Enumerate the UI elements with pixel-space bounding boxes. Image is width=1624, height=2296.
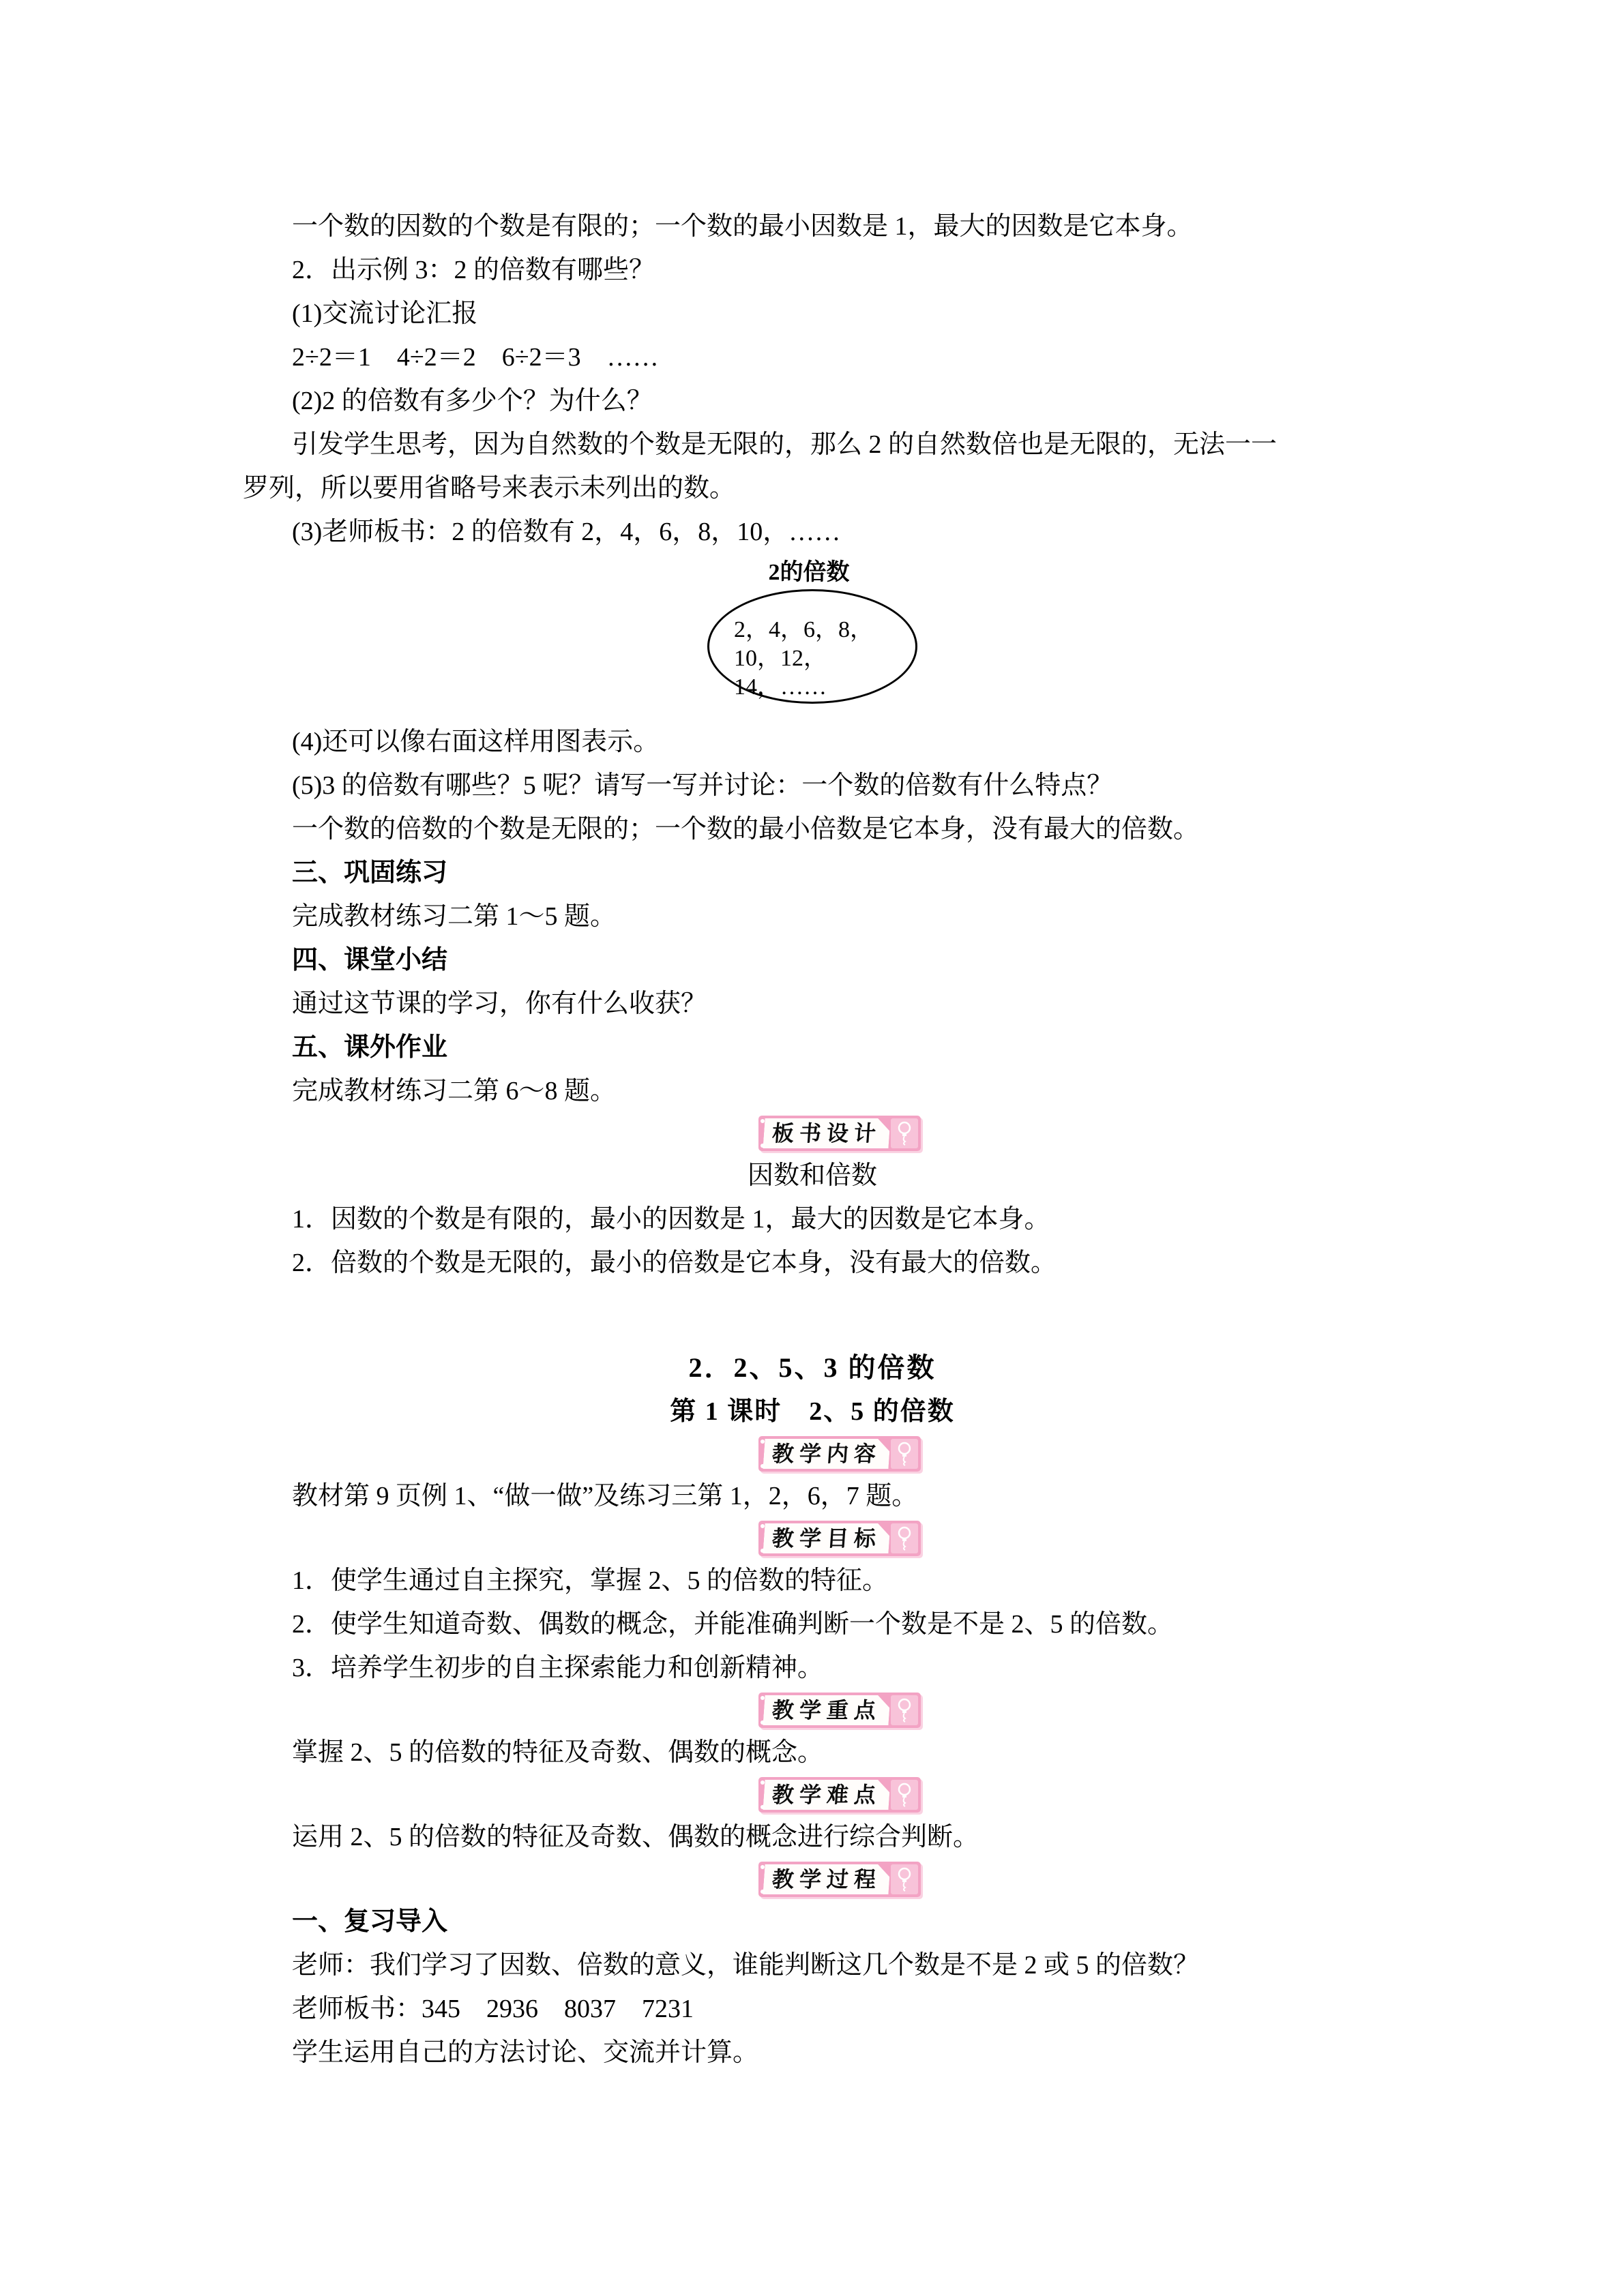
teaching-goals-badge-row: 教学目标 bbox=[270, 1521, 1409, 1556]
lesson2-students-para: 学生运用自己的方法讨论、交流并计算。 bbox=[243, 2031, 1382, 2074]
board-item-2: 2．倍数的个数是无限的，最小的倍数是它本身，没有最大的倍数。 bbox=[243, 1241, 1382, 1285]
lightbulb-icon bbox=[891, 1439, 918, 1469]
board-item-1: 1．因数的个数是有限的，最小的因数是 1，最大的因数是它本身。 bbox=[243, 1197, 1382, 1241]
diagram-title: 2的倍数 bbox=[236, 559, 1382, 586]
lightbulb-icon bbox=[891, 1695, 918, 1725]
teaching-difficulty-badge-label: 教学难点 bbox=[763, 1780, 890, 1810]
para-thinking-line1: 引发学生思考，因为自然数的个数是无限的，那么 2 的自然数倍也是无限的，无法一一 bbox=[243, 423, 1382, 466]
lesson2-teacher-para: 老师：我们学习了因数、倍数的意义，谁能判断这几个数是不是 2 或 5 的倍数？ bbox=[243, 1943, 1382, 1987]
lightbulb-icon bbox=[891, 1523, 918, 1553]
teaching-content-badge-row: 教学内容 bbox=[270, 1436, 1409, 1472]
lesson2-keypoint-para: 掌握 2、5 的倍数的特征及奇数、偶数的概念。 bbox=[243, 1731, 1382, 1774]
ellipse-row-1: 2，4，6，8， bbox=[734, 616, 915, 644]
ellipse-row-2: 10，12，14，…… bbox=[734, 644, 915, 702]
para-teacher-board: (3)老师板书：2 的倍数有 2，4，6，8，10，…… bbox=[243, 510, 1382, 554]
teaching-process-badge-label: 教学过程 bbox=[763, 1864, 890, 1894]
para-division-equations: 2÷2＝1 4÷2＝2 6÷2＝3 …… bbox=[243, 336, 1382, 379]
multiples-ellipse: 2，4，6，8， 10，12，14，…… bbox=[707, 589, 917, 704]
heading-class-summary: 四、课堂小结 bbox=[243, 938, 1382, 982]
board-title: 因数和倍数 bbox=[243, 1154, 1382, 1197]
heading-practice: 三、巩固练习 bbox=[243, 851, 1382, 895]
teaching-content-badge: 教学内容 bbox=[758, 1436, 921, 1472]
teaching-keypoint-badge-label: 教学重点 bbox=[763, 1695, 890, 1725]
lesson2-difficulty-para: 运用 2、5 的倍数的特征及奇数、偶数的概念进行综合判断。 bbox=[243, 1815, 1382, 1859]
para-factors-summary: 一个数的因数的个数是有限的；一个数的最小因数是 1，最大的因数是它本身。 bbox=[243, 205, 1382, 248]
teaching-difficulty-badge: 教学难点 bbox=[758, 1777, 921, 1813]
para-figure-note: (4)还可以像右面这样用图表示。 bbox=[243, 720, 1382, 764]
teaching-content-badge-label: 教学内容 bbox=[763, 1439, 890, 1469]
para-practice: 完成教材练习二第 1～5 题。 bbox=[243, 895, 1382, 938]
para-multiples-conclusion: 一个数的倍数的个数是无限的；一个数的最小倍数是它本身，没有最大的倍数。 bbox=[243, 807, 1382, 851]
para-homework: 完成教材练习二第 6～8 题。 bbox=[243, 1069, 1382, 1113]
board-design-badge-label: 板书设计 bbox=[763, 1118, 890, 1148]
teaching-keypoint-badge-row: 教学重点 bbox=[270, 1693, 1409, 1728]
teaching-keypoint-badge: 教学重点 bbox=[758, 1693, 921, 1728]
teaching-process-badge-row: 教学过程 bbox=[270, 1862, 1409, 1897]
lesson-plan-page: 一个数的因数的个数是有限的；一个数的最小因数是 1，最大的因数是它本身。 2．出… bbox=[0, 0, 1624, 2296]
para-discussion: (1)交流讨论汇报 bbox=[243, 292, 1382, 336]
lightbulb-icon bbox=[891, 1118, 918, 1148]
lesson2-goal-2: 2．使学生知道奇数、偶数的概念，并能准确判断一个数是不是 2、5 的倍数。 bbox=[243, 1602, 1382, 1646]
lightbulb-icon bbox=[891, 1864, 918, 1894]
lesson2-content-para: 教材第 9 页例 1、“做一做”及练习三第 1，2，6，7 题。 bbox=[243, 1474, 1382, 1518]
para-how-many: (2)2 的倍数有多少个？为什么？ bbox=[243, 379, 1382, 423]
board-design-badge: 板书设计 bbox=[758, 1116, 921, 1151]
lesson2-goal-1: 1．使学生通过自主探究，掌握 2、5 的倍数的特征。 bbox=[243, 1559, 1382, 1602]
page-content: 一个数的因数的个数是有限的；一个数的最小因数是 1，最大的因数是它本身。 2．出… bbox=[243, 205, 1382, 2074]
lesson2-board-numbers: 老师板书：345 2936 8037 7231 bbox=[243, 1987, 1382, 2031]
board-design-badge-row: 板书设计 bbox=[270, 1116, 1409, 1151]
para-thinking-line2: 罗列，所以要用省略号来表示未列出的数。 bbox=[243, 466, 1382, 510]
para-multiples-3-5: (5)3 的倍数有哪些？5 呢？请写一写并讨论：一个数的倍数有什么特点？ bbox=[243, 764, 1382, 807]
para-class-summary: 通过这节课的学习，你有什么收获？ bbox=[243, 982, 1382, 1026]
teaching-goals-badge-label: 教学目标 bbox=[763, 1523, 890, 1553]
lesson2-heading-review: 一、复习导入 bbox=[243, 1900, 1382, 1943]
teaching-process-badge: 教学过程 bbox=[758, 1862, 921, 1897]
teaching-goals-badge: 教学目标 bbox=[758, 1521, 921, 1556]
lightbulb-icon bbox=[891, 1780, 918, 1810]
lesson2-title: 2．2、5、3 的倍数 bbox=[243, 1346, 1382, 1390]
multiples-of-2-diagram: 2的倍数 2，4，6，8， 10，12，14，…… bbox=[243, 559, 1382, 704]
teaching-difficulty-badge-row: 教学难点 bbox=[270, 1777, 1409, 1813]
heading-homework: 五、课外作业 bbox=[243, 1026, 1382, 1069]
para-step2-example3: 2．出示例 3：2 的倍数有哪些？ bbox=[243, 248, 1382, 292]
lesson2-goal-3: 3．培养学生初步的自主探索能力和创新精神。 bbox=[243, 1646, 1382, 1690]
lesson2-subtitle: 第 1 课时 2、5 的倍数 bbox=[243, 1390, 1382, 1433]
